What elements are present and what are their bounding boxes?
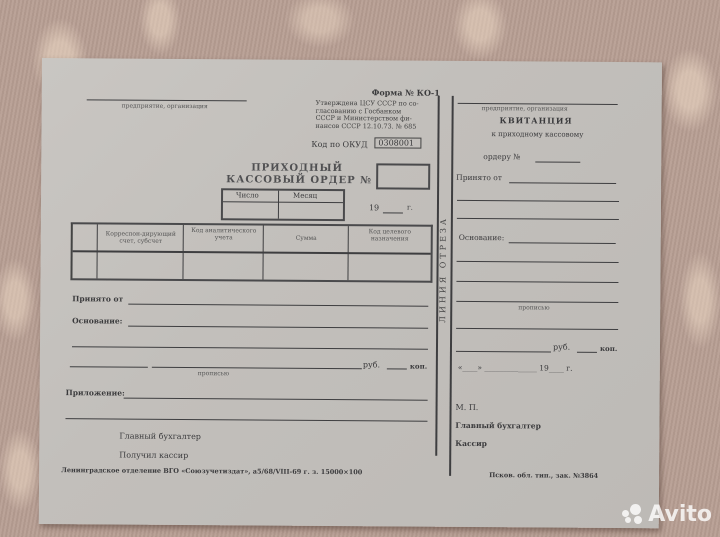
month-header: Месяц (293, 192, 317, 200)
approval-note: Утверждена ЦСУ СССР по со- гласованию с … (316, 100, 419, 131)
basis-field-2[interactable] (72, 346, 428, 349)
receipt-amount-field[interactable] (456, 351, 551, 353)
receipt-in-words-caption: прописью (518, 304, 549, 311)
org-line (87, 99, 247, 101)
receipt-basis-field[interactable] (509, 242, 616, 244)
receipt-title: КВИТАНЦИЯ (500, 115, 573, 126)
receipt-kop-field[interactable] (577, 352, 597, 353)
printer-note: Ленинградское отделение ВГО «Союзучетизд… (61, 466, 362, 476)
rub-label: руб. (363, 360, 380, 369)
receipt-printer-note: Псков. обл. тип., зак. №3864 (489, 471, 598, 480)
form-number: Форма № КО-1 (372, 87, 440, 97)
attachment-label: Приложение: (66, 388, 125, 397)
kop-field[interactable] (387, 368, 407, 369)
received-from-field[interactable] (128, 304, 428, 307)
amount-figures-field[interactable] (70, 366, 148, 368)
col-account: Корреспон-дирующий счет, субсчет (99, 230, 183, 245)
receipt-rub-label: руб. (553, 343, 570, 352)
amount-words-field[interactable] (152, 367, 362, 369)
basis-label: Основание: (72, 316, 122, 325)
receipt-subtitle: к приходному кассовому (491, 130, 583, 139)
received-from-label: Принято от (72, 294, 123, 303)
title-line2: КАССОВЫЙ ОРДЕР № (226, 174, 372, 186)
cut-line-label: ЛИНИЯ ОТРЕЗА (438, 216, 448, 323)
okud-code-box: 0308001 (374, 137, 421, 148)
col-analytic-code: Код аналитического учета (185, 227, 263, 242)
receipt-basis-label: Основание: (459, 233, 505, 242)
entry-table: Корреспон-дирующий счет, субсчет Код ана… (70, 222, 432, 283)
year-suffix: г. (407, 204, 413, 212)
cashier-received-label: Получил кассир (119, 451, 188, 460)
day-header: Число (236, 191, 259, 199)
receipt-kop-label: коп. (600, 344, 617, 353)
date-table: Число Месяц (221, 188, 345, 221)
col-purpose-code: Код целевого назначения (350, 228, 430, 243)
avito-logo-icon (622, 504, 646, 524)
org-caption: предприятие, организация (122, 103, 208, 111)
attachment-field[interactable] (124, 398, 428, 401)
basis-field[interactable] (128, 326, 428, 329)
okud-label: Код по ОКУД (311, 140, 367, 149)
col-sum: Сумма (265, 235, 348, 243)
kop-label: коп. (410, 362, 427, 371)
cut-line-right (449, 96, 454, 476)
receipt-org-caption: предприятие, организация (482, 105, 568, 113)
receipt-received-from-field[interactable] (509, 182, 616, 184)
order-number-box[interactable] (376, 163, 430, 189)
year-prefix: 19 (369, 203, 379, 212)
receipt-date-line[interactable]: «____» ______________ 19____ г. (458, 363, 573, 373)
chief-accountant-label: Главный бухгалтер (119, 432, 201, 442)
receipt-cashier: Кассир (455, 439, 487, 448)
receipt-order-no-field[interactable] (535, 161, 580, 162)
in-words-caption: прописью (198, 370, 229, 377)
stamp-label: М. П. (456, 403, 479, 412)
avito-watermark: Avito (622, 502, 712, 527)
cash-receipt-order-form: предприятие, организация Форма № КО-1 Ут… (39, 58, 662, 528)
receipt-received-from-label: Принято от (456, 173, 502, 182)
receipt-chief-accountant: Главный бухгалтер (455, 421, 540, 431)
title-line1: ПРИХОДНЫЙ (251, 162, 343, 174)
receipt-order-no-label: ордеру № (483, 152, 520, 161)
